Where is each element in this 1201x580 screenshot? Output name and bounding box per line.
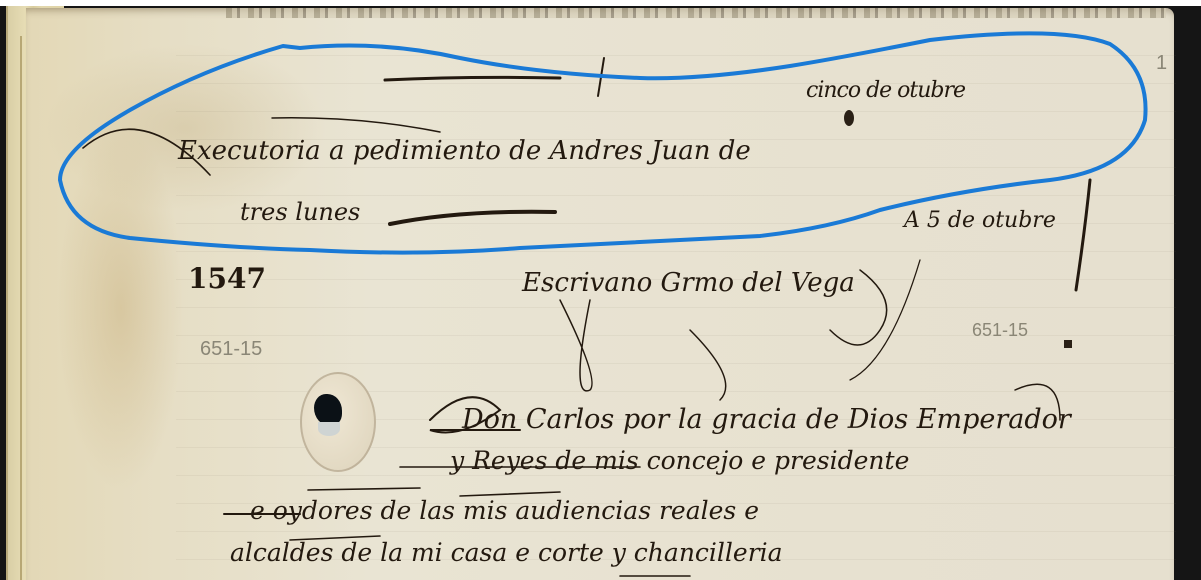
ink-flourishes-and-annotation <box>0 0 1201 580</box>
